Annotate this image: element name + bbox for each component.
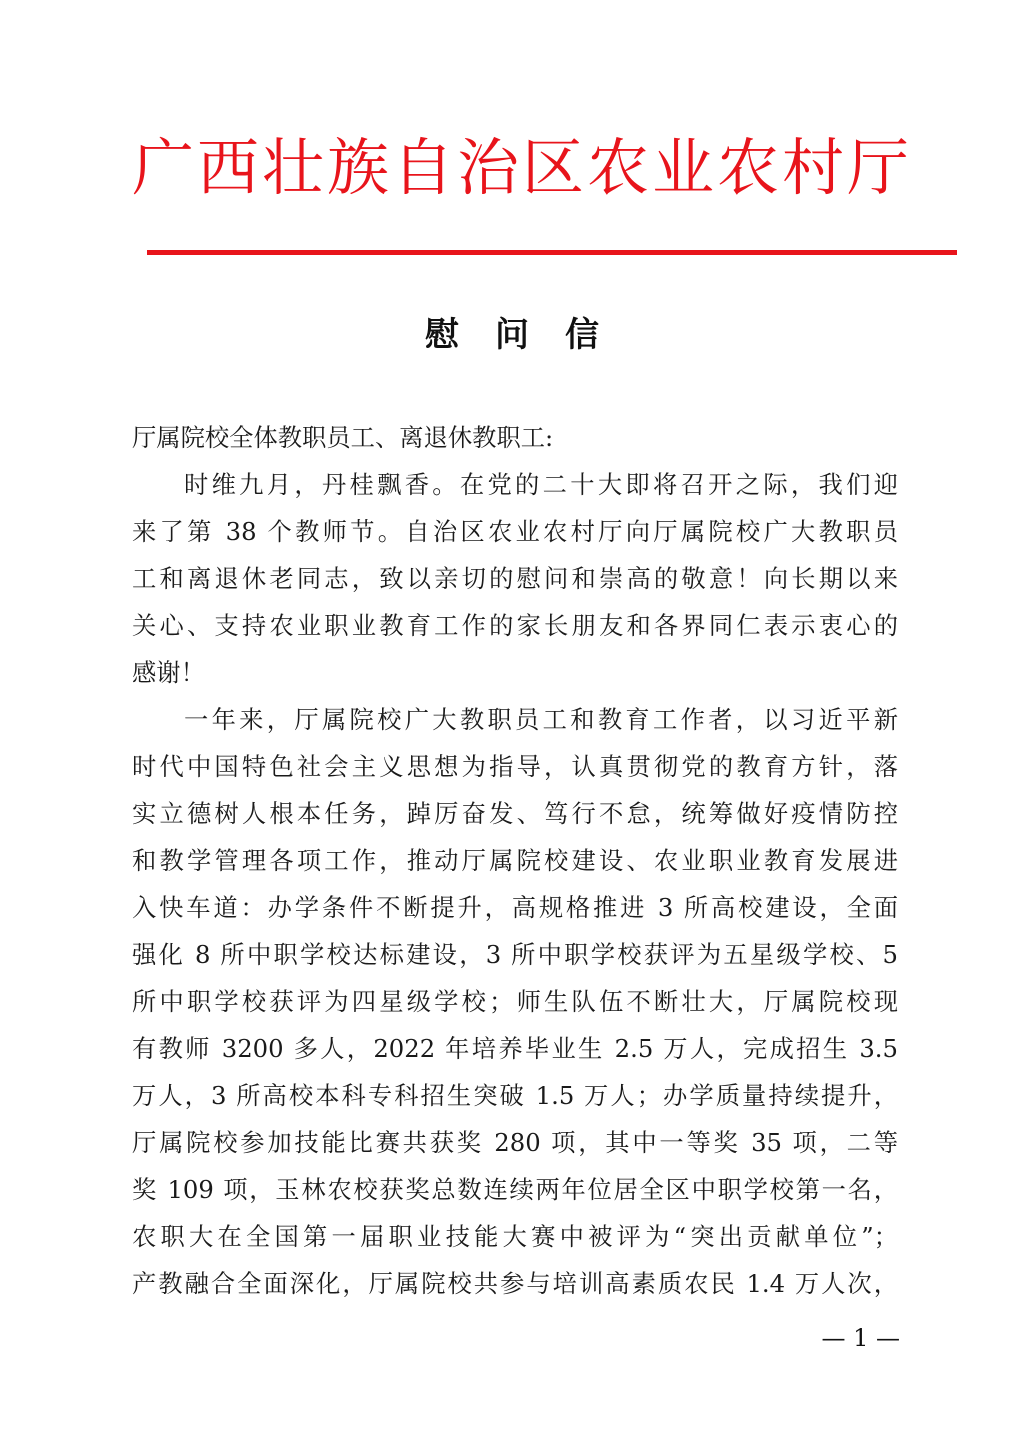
text-line: 有教师 3200 多人，2022 年培养毕业生 2.5 万人，完成招生 3.5 <box>132 1025 898 1072</box>
text-line: 实立德树人根本任务，踔厉奋发、笃行不怠，统筹做好疫情防控 <box>132 790 898 837</box>
text-line: 工和离退休老同志，致以亲切的慰问和崇高的敬意！向长期以来 <box>132 555 898 602</box>
salutation: 厅属院校全体教职员工、离退休教职工: <box>132 414 898 461</box>
organization-letterhead: 广西壮族自治区农业农村厅 <box>132 128 902 208</box>
page-number: — 1 — <box>810 1318 900 1358</box>
letterhead-red-rule <box>147 250 957 255</box>
text-line: 感谢！ <box>132 649 898 696</box>
title-char: 信 <box>565 315 599 355</box>
text-line: 和教学管理各项工作，推动厅属院校建设、农业职业教育发展进 <box>132 837 898 884</box>
paragraph-2: 一年来，厅属院校广大教职员工和教育工作者，以习近平新 时代中国特色社会主义思想为… <box>132 696 898 1307</box>
text-line: 产教融合全面深化，厅属院校共参与培训高素质农民 1.4 万人次， <box>132 1260 898 1307</box>
paragraph-1: 时维九月，丹桂飘香。在党的二十大即将召开之际，我们迎 来了第 38 个教师节。自… <box>132 461 898 696</box>
title-char: 问 <box>495 315 529 355</box>
text-line: 万人，3 所高校本科专科招生突破 1.5 万人；办学质量持续提升， <box>132 1072 898 1119</box>
text-line: 来了第 38 个教师节。自治区农业农村厅向厅属院校广大教职员 <box>132 508 898 555</box>
document-title: 慰问信 <box>0 305 1024 365</box>
text-line: 所中职学校获评为四星级学校；师生队伍不断壮大，厅属院校现 <box>132 978 898 1025</box>
text-line: 强化 8 所中职学校达标建设，3 所中职学校获评为五星级学校、5 <box>132 931 898 978</box>
text-line: 时维九月，丹桂飘香。在党的二十大即将召开之际，我们迎 <box>132 461 898 508</box>
text-line: 厅属院校参加技能比赛共获奖 280 项，其中一等奖 35 项，二等 <box>132 1119 898 1166</box>
title-char: 慰 <box>425 315 459 355</box>
text-line: 奖 109 项，玉林农校获奖总数连续两年位居全区中职学校第一名， <box>132 1166 898 1213</box>
text-line: 农职大在全国第一届职业技能大赛中被评为“突出贡献单位”； <box>132 1213 898 1260</box>
text-line: 关心、支持农业职业教育工作的家长朋友和各界同仁表示衷心的 <box>132 602 898 649</box>
text-line: 时代中国特色社会主义思想为指导，认真贯彻党的教育方针，落 <box>132 743 898 790</box>
text-line: 一年来，厅属院校广大教职员工和教育工作者，以习近平新 <box>132 696 898 743</box>
letter-body: 厅属院校全体教职员工、离退休教职工: 时维九月，丹桂飘香。在党的二十大即将召开之… <box>132 414 898 1307</box>
document-page: 广西壮族自治区农业农村厅 慰问信 厅属院校全体教职员工、离退休教职工: 时维九月… <box>0 0 1024 1448</box>
text-line: 入快车道：办学条件不断提升，高规格推进 3 所高校建设，全面 <box>132 884 898 931</box>
